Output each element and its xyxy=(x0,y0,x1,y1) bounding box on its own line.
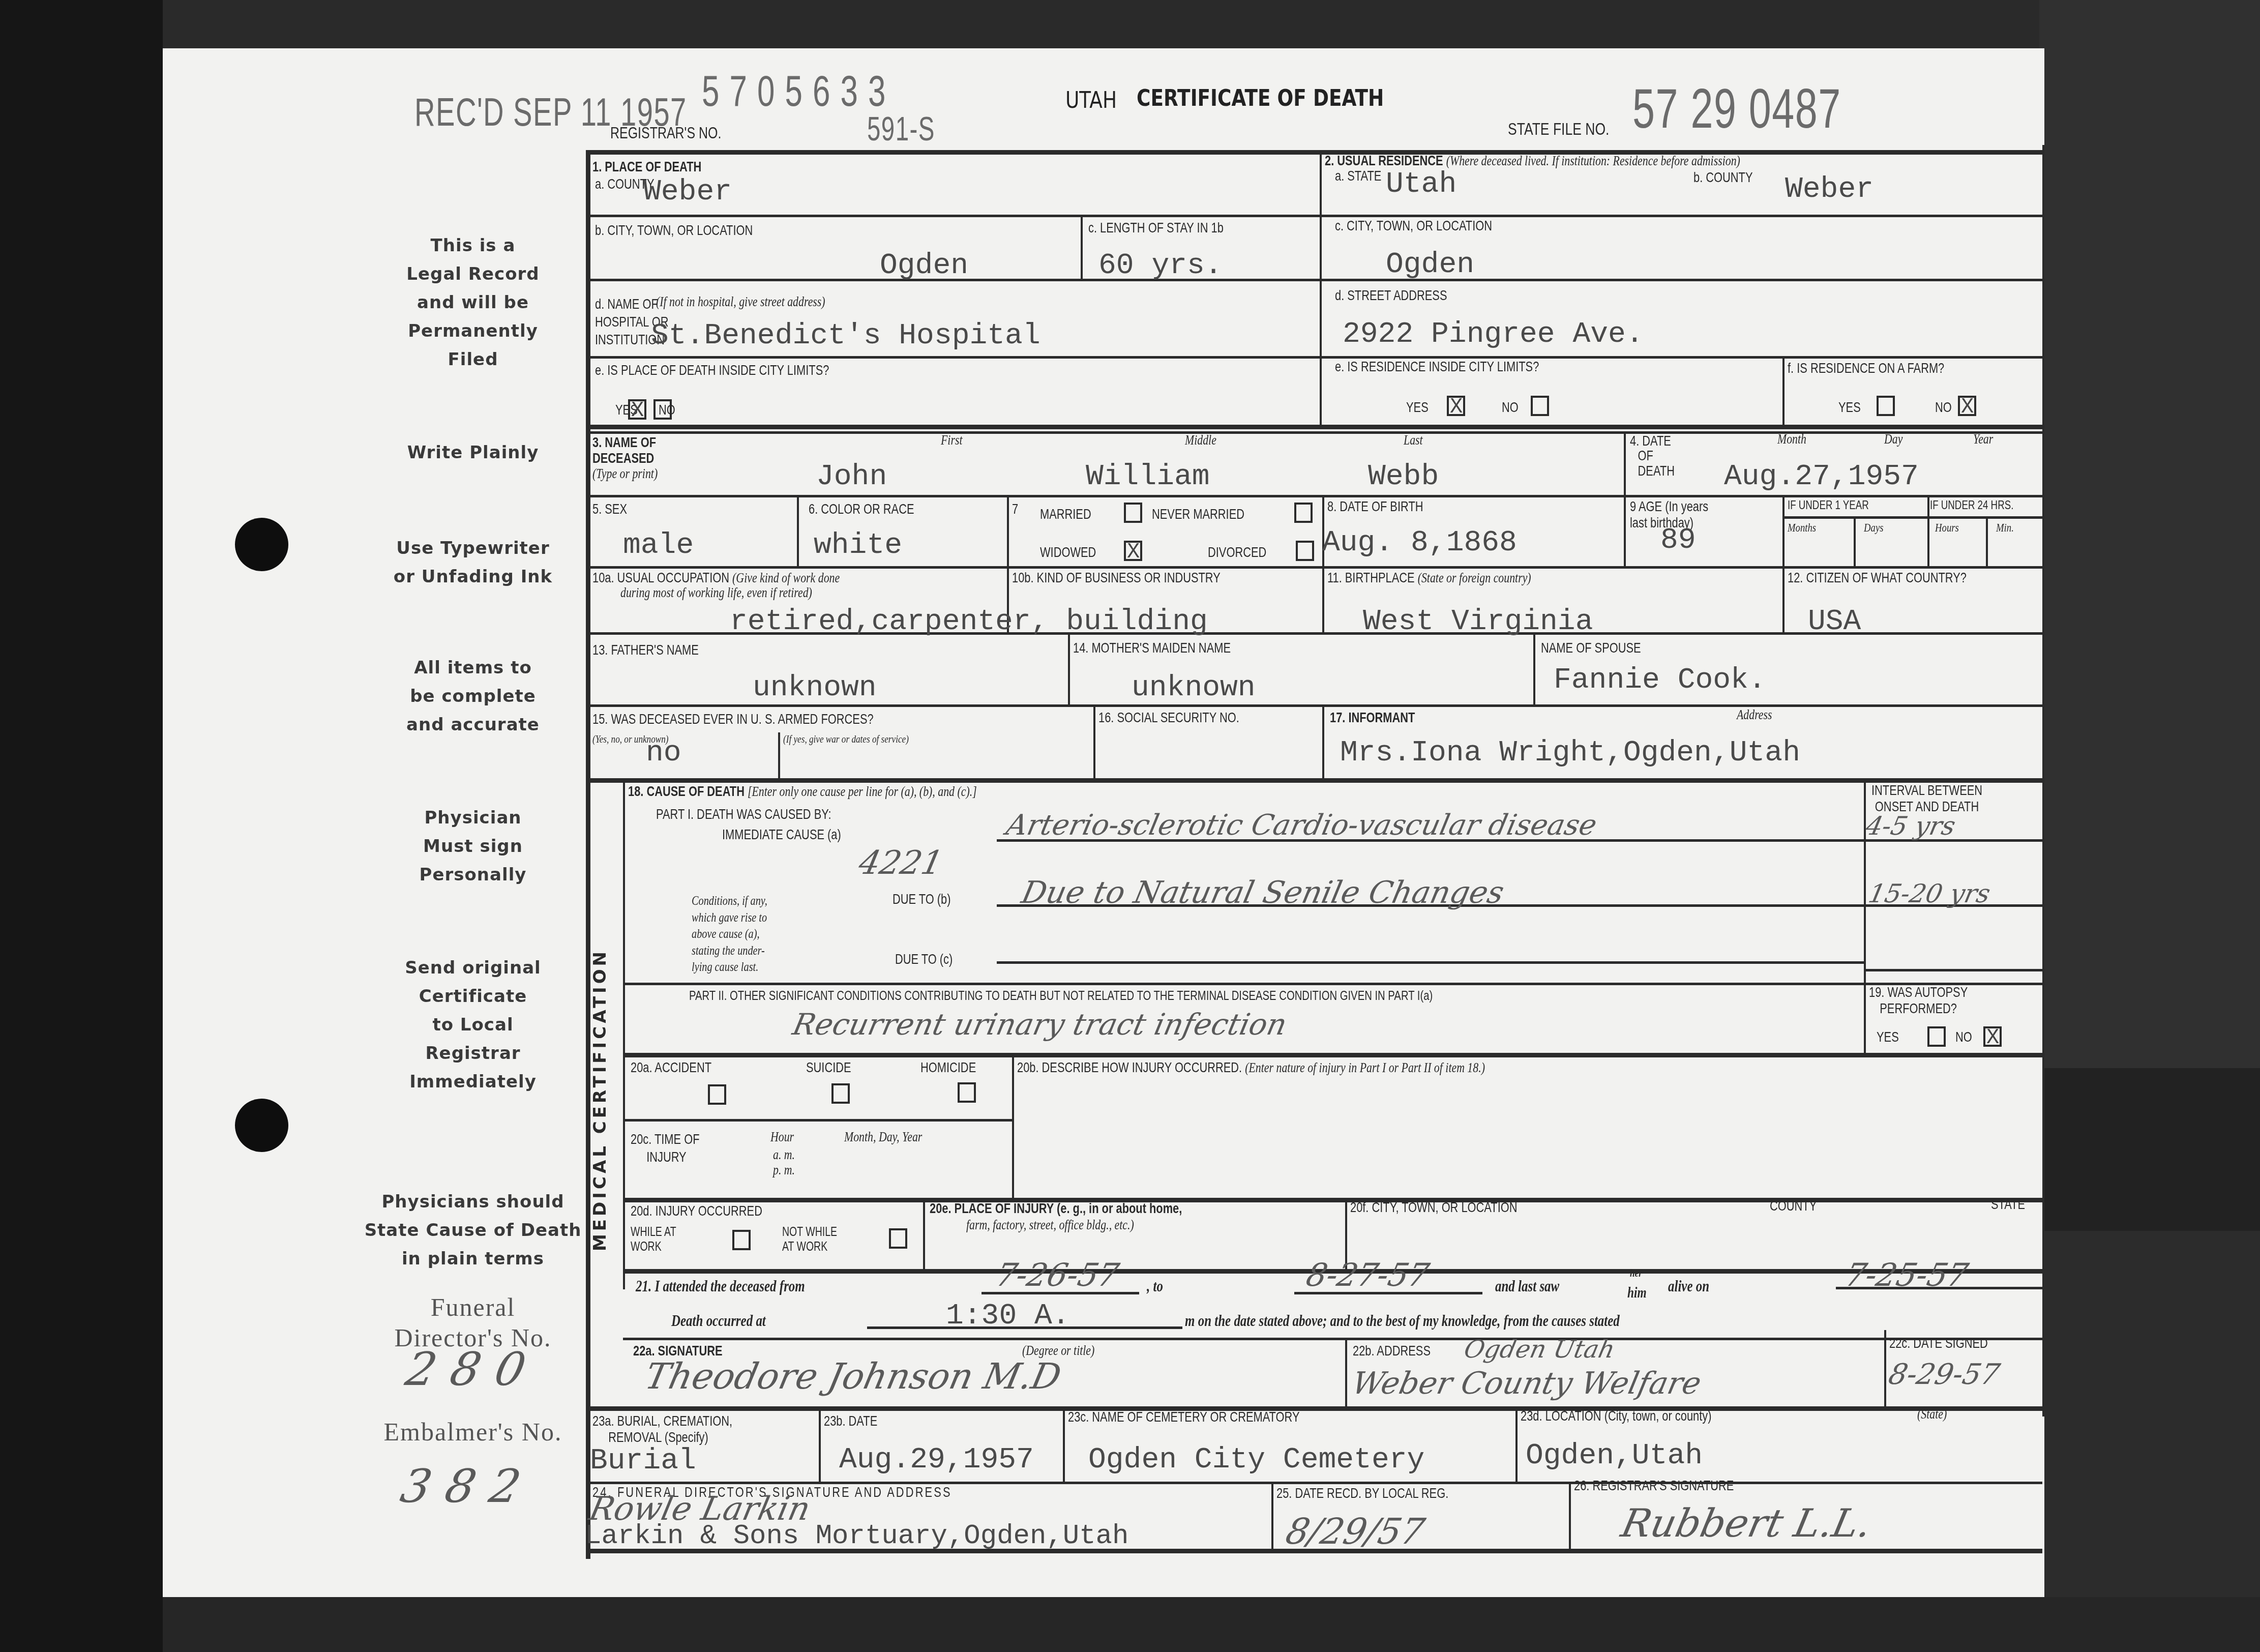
divider xyxy=(1884,1330,1886,1406)
last-name-label: Last xyxy=(1404,432,1423,449)
race-label: 6. COLOR OR RACE xyxy=(809,501,914,517)
hospital-field[interactable]: St.Benedict's Hospital xyxy=(651,319,1040,352)
injury-city-label: 20f. CITY, TOWN, OR LOCATION xyxy=(1350,1199,1517,1216)
physician-address-label: 22b. ADDRESS xyxy=(1353,1343,1431,1359)
first-name-label: First xyxy=(941,432,962,449)
attended-from-field[interactable]: 7-26-57 xyxy=(993,1256,1122,1293)
embalmer-no: 382 xyxy=(396,1460,541,1513)
due-to-c-field[interactable] xyxy=(997,936,1861,960)
divider xyxy=(1063,1406,1065,1482)
last-saw-field[interactable]: 7-25-57 xyxy=(1842,1256,1972,1293)
certificate-title: CERTIFICATE OF DEATH xyxy=(1137,85,1384,111)
divider xyxy=(623,778,625,1289)
residence-inside-city-label: e. IS RESIDENCE INSIDE CITY LIMITS? xyxy=(1335,359,1539,375)
date-signed-label: 22c. DATE SIGNED xyxy=(1889,1335,1988,1351)
first-name-field[interactable]: John xyxy=(816,460,887,493)
residence-inside-city-yes-checkbox[interactable] xyxy=(1447,396,1465,416)
embalmer-no-label: Embalmer's No. xyxy=(356,1417,590,1447)
divider xyxy=(586,1406,2042,1411)
divider xyxy=(586,356,2042,359)
birthplace-field[interactable]: West Virginia xyxy=(1363,605,1593,638)
divider xyxy=(1782,566,1785,632)
residence-county-field[interactable]: Weber xyxy=(1785,173,1874,206)
divider xyxy=(1322,704,1324,778)
divider xyxy=(1271,1482,1273,1553)
scan-background-right xyxy=(2039,0,2260,1068)
death-inside-city-label: e. IS PLACE OF DEATH INSIDE CITY LIMITS? xyxy=(595,362,829,378)
ssn-field[interactable] xyxy=(1098,732,1317,773)
margin-complete: All items tobe completeand accurate xyxy=(366,654,580,739)
divider xyxy=(586,425,2042,429)
injury-state-label: STATE xyxy=(1991,1196,2025,1213)
divider xyxy=(1854,516,1856,566)
divider xyxy=(1624,431,1626,495)
date-signed-field[interactable]: 8-29-57 xyxy=(1886,1358,2003,1391)
city-label: b. CITY, TOWN, OR LOCATION xyxy=(595,222,753,239)
spouse-field[interactable]: Fannie Cook. xyxy=(1554,664,1766,697)
length-of-stay-label: c. LENGTH OF STAY IN 1b xyxy=(1088,220,1224,236)
punch-hole-bottom xyxy=(235,1099,288,1152)
days-label: Days xyxy=(1864,521,1883,536)
injury-description-label: 20b. DESCRIBE HOW INJURY OCCURRED. (Ente… xyxy=(1017,1059,1485,1076)
divider xyxy=(1782,516,2042,519)
never-married-checkbox[interactable] xyxy=(1294,503,1313,523)
death-county-field[interactable]: Weber xyxy=(643,175,732,209)
middle-name-label: Middle xyxy=(1185,432,1216,449)
time-of-injury-label: 20c. TIME OFINJURY xyxy=(631,1130,700,1166)
divider xyxy=(586,279,2042,281)
physician-address-line2[interactable]: Weber County Welfare xyxy=(1349,1366,1705,1401)
funeral-director-address[interactable]: Larkin & Sons Mortuary,Ogden,Utah xyxy=(585,1521,1128,1552)
attended-label: 21. I attended the deceased from xyxy=(636,1277,805,1295)
divider xyxy=(623,983,2042,985)
farm-no-checkbox[interactable] xyxy=(1958,396,1976,416)
margin-legal-record: This is aLegal Recordand will bePermanen… xyxy=(366,231,580,374)
date-of-death-label: 4. DATEOFDEATH xyxy=(1630,433,1675,478)
marital-number: 7 xyxy=(1012,501,1018,517)
scan-background-left xyxy=(0,0,163,1652)
mother-maiden-name-label: 14. MOTHER'S MAIDEN NAME xyxy=(1073,640,1231,656)
margin-physician-sign: PhysicianMust signPersonally xyxy=(366,804,580,889)
burial-date-field[interactable]: Aug.29,1957 xyxy=(839,1443,1034,1477)
death-time-field[interactable]: 1:30 A. xyxy=(946,1300,1070,1333)
accident-label: 20a. ACCIDENT xyxy=(631,1059,711,1076)
while-at-work-checkbox[interactable] xyxy=(732,1230,751,1250)
state-file-no: 57 29 0487 xyxy=(1632,76,1841,141)
occupation-hint: during most of working life, even if ret… xyxy=(620,585,812,601)
medical-certification-side-label: MEDICAL CERTIFICATION xyxy=(590,949,610,1251)
death-city-field[interactable]: Ogden xyxy=(880,249,968,282)
divider xyxy=(1864,778,1866,1053)
punch-hole-top xyxy=(235,518,288,571)
registrar-signature-field[interactable]: Rubbert L.L. xyxy=(1618,1500,1876,1546)
divider xyxy=(586,431,2042,434)
registrars-no: 591-S xyxy=(867,109,935,148)
interval-label: INTERVAL BETWEENONSET AND DEATH xyxy=(1871,782,1982,815)
no-label: NO xyxy=(1502,399,1519,416)
her-label: her xyxy=(1630,1266,1642,1279)
min-label: Min. xyxy=(1996,521,2014,536)
yes-label: YES xyxy=(1406,399,1429,416)
ssn-label: 16. SOCIAL SECURITY NO. xyxy=(1098,710,1239,726)
length-of-stay-field[interactable]: 60 yrs. xyxy=(1098,249,1223,282)
married-label: MARRIED xyxy=(1040,506,1091,522)
occupation-field[interactable]: retired,carpenter, building xyxy=(730,605,1208,638)
to-label: , to xyxy=(1147,1277,1163,1295)
cemetery-field[interactable]: Ogden City Cemetery xyxy=(1088,1443,1424,1477)
title-state: UTAH xyxy=(1065,87,1117,113)
yes-label: YES xyxy=(1877,1029,1899,1045)
armed-forces-field[interactable]: no xyxy=(646,736,681,770)
date-of-birth-field[interactable]: Aug. 8,1868 xyxy=(1322,526,1517,559)
business-label: 10b. KIND OF BUSINESS OR INDUSTRY xyxy=(1012,570,1221,586)
divider xyxy=(623,1198,2042,1202)
attended-to-field[interactable]: 8-27-57 xyxy=(1303,1256,1433,1293)
place-of-injury-label: 20e. PLACE OF INJURY (e. g., in or about… xyxy=(930,1200,1182,1217)
no-label: NO xyxy=(1955,1029,1972,1045)
divider xyxy=(586,704,2042,707)
divider xyxy=(1569,1482,1571,1553)
death-occurred-suffix: m on the date stated above; and to the b… xyxy=(1185,1311,1620,1330)
citizen-label: 12. CITIZEN OF WHAT COUNTRY? xyxy=(1788,570,1967,586)
middle-name-field[interactable]: William xyxy=(1086,460,1210,493)
divider xyxy=(1322,566,1324,632)
divorced-label: DIVORCED xyxy=(1208,544,1266,560)
divider xyxy=(1320,150,1322,425)
month-day-year-label: Month, Day, Year xyxy=(844,1129,922,1145)
farm-label: f. IS RESIDENCE ON A FARM? xyxy=(1788,360,1944,376)
birthplace-label: 11. BIRTHPLACE (State or foreign country… xyxy=(1327,570,1531,586)
due-to-c-label: DUE TO (c) xyxy=(895,951,953,967)
part2-field[interactable]: Recurrent urinary tract infection xyxy=(790,1007,1290,1042)
divider xyxy=(1782,495,1785,566)
suicide-checkbox[interactable] xyxy=(831,1083,850,1104)
registrars-no-label: REGISTRAR'S NO. xyxy=(610,124,721,142)
disposition-field[interactable]: Burial xyxy=(590,1444,696,1478)
injury-occurred-label: 20d. INJURY OCCURRED xyxy=(631,1203,762,1219)
day-label: Day xyxy=(1884,431,1902,448)
divider xyxy=(586,778,2042,783)
scan-background-right-lower xyxy=(2039,1231,2260,1652)
armed-forces-hint-2: (If yes, give war or dates of service) xyxy=(783,732,909,745)
while-at-work-label: WHILE ATWORK xyxy=(631,1225,676,1254)
not-while-at-work-label: NOT WHILEAT WORK xyxy=(782,1225,837,1254)
divorced-checkbox[interactable] xyxy=(1296,541,1314,561)
divider xyxy=(1345,1338,1347,1406)
autopsy-label: 19. WAS AUTOPSYPERFORMED? xyxy=(1869,984,1968,1017)
place-of-injury-hint: farm, factory, street, office bldg., etc… xyxy=(966,1217,1134,1233)
death-occurred-label: Death occurred at xyxy=(671,1311,766,1330)
due-to-b-field[interactable]: Due to Natural Senile Changes xyxy=(1019,875,1507,910)
sex-label: 5. SEX xyxy=(592,501,627,517)
burial-state-label: (State) xyxy=(1917,1406,1947,1423)
margin-send-original: Send originalCertificateto LocalRegistra… xyxy=(366,954,580,1096)
divider xyxy=(1081,215,1083,279)
divider xyxy=(819,1406,821,1482)
not-while-at-work-checkbox[interactable] xyxy=(889,1228,907,1249)
divider xyxy=(1093,704,1095,778)
date-of-death-field[interactable]: Aug.27,1957 xyxy=(1724,460,1919,493)
deceased-name-label: 3. NAME OFDECEASED(Type or print) xyxy=(592,435,658,482)
margin-typewriter: Use Typewriteror Unfading Ink xyxy=(366,534,580,591)
divider xyxy=(923,1198,925,1269)
residence-state-label: a. STATE xyxy=(1335,168,1381,184)
divider xyxy=(1533,632,1535,704)
cause-code: 4221 xyxy=(855,844,946,882)
under-24-hrs-label: IF UNDER 24 HRS. xyxy=(1930,498,2013,513)
month-label: Month xyxy=(1777,431,1806,448)
cause-of-death-label: 18. CAUSE OF DEATH [Enter only one cause… xyxy=(628,783,977,800)
underline xyxy=(997,961,1864,964)
divider xyxy=(623,1119,1012,1122)
mother-maiden-name-field[interactable]: unknown xyxy=(1132,671,1256,704)
death-inside-city-yes-checkbox[interactable] xyxy=(628,399,646,420)
usual-residence-label: 2. USUAL RESIDENCE (Where deceased lived… xyxy=(1325,153,1740,169)
informant-field[interactable]: Mrs.Iona Wright,Ogden,Utah xyxy=(1340,736,1800,770)
race-field[interactable]: white xyxy=(814,529,902,562)
divider xyxy=(797,495,799,566)
age-field[interactable]: 89 xyxy=(1660,524,1696,557)
street-address-field[interactable]: 2922 Pingree Ave. xyxy=(1343,318,1644,351)
divider xyxy=(1864,969,2042,971)
immediate-cause-label: IMMEDIATE CAUSE (a) xyxy=(722,827,841,843)
hospital-hint: (If not in hospital, give street address… xyxy=(656,294,825,310)
divider xyxy=(1007,495,1009,566)
divider xyxy=(586,566,2042,569)
never-married-label: NEVER MARRIED xyxy=(1152,506,1244,522)
citizen-field[interactable]: USA xyxy=(1808,605,1861,638)
divider xyxy=(623,1053,2042,1057)
residence-county-label: b. COUNTY xyxy=(1693,169,1753,186)
last-saw-label: and last saw xyxy=(1495,1277,1559,1295)
spouse-label: NAME OF SPOUSE xyxy=(1541,640,1641,656)
divider xyxy=(1986,516,1988,566)
married-checkbox[interactable] xyxy=(1124,503,1142,523)
last-name-field[interactable]: Webb xyxy=(1368,460,1439,493)
widowed-checkbox[interactable] xyxy=(1124,541,1142,561)
widowed-label: WIDOWED xyxy=(1040,544,1096,560)
year-label: Year xyxy=(1973,431,1993,448)
immediate-interval-field[interactable]: 4-5 yrs xyxy=(1863,811,1958,841)
homicide-checkbox[interactable] xyxy=(958,1082,976,1103)
residence-city-field[interactable]: Ogden xyxy=(1386,248,1474,281)
divider xyxy=(1515,1406,1518,1482)
no-label: NO xyxy=(1935,399,1952,416)
injury-county-label: COUNTY xyxy=(1770,1198,1817,1214)
sex-field[interactable]: male xyxy=(623,529,694,562)
burial-date-label: 23b. DATE xyxy=(824,1413,877,1429)
divider xyxy=(778,732,780,778)
pm-label: p. m. xyxy=(773,1162,795,1178)
residence-inside-city-no-checkbox[interactable] xyxy=(1531,396,1549,416)
death-inside-city-no-checkbox[interactable] xyxy=(653,399,672,420)
suicide-label: SUICIDE xyxy=(806,1059,851,1076)
scan-background-band xyxy=(2039,1068,2260,1231)
occupation-label: 10a. USUAL OCCUPATION (Give kind of work… xyxy=(592,570,840,586)
state-file-no-label: STATE FILE NO. xyxy=(1508,120,1609,139)
form-top-border xyxy=(586,150,2044,155)
street-address-label: d. STREET ADDRESS xyxy=(1335,287,1447,304)
part1-label: PART I. DEATH WAS CAUSED BY: xyxy=(656,806,831,822)
date-of-birth-label: 8. DATE OF BIRTH xyxy=(1327,498,1423,515)
divider xyxy=(1927,495,1929,566)
date-recd-field[interactable]: 8/29/57 xyxy=(1282,1511,1428,1552)
informant-label: 17. INFORMANT xyxy=(1330,710,1415,726)
informant-address-label: Address xyxy=(1737,707,1772,723)
homicide-label: HOMICIDE xyxy=(920,1059,976,1076)
months-label: Months xyxy=(1788,521,1816,536)
armed-forces-label: 15. WAS DECEASED EVER IN U. S. ARMED FOR… xyxy=(592,711,874,727)
injury-description-field[interactable] xyxy=(1017,1081,2039,1195)
divider xyxy=(1782,356,1785,425)
farm-yes-checkbox[interactable] xyxy=(1877,396,1895,416)
hours-label: Hours xyxy=(1935,521,1959,536)
autopsy-yes-checkbox[interactable] xyxy=(1927,1026,1946,1047)
divider xyxy=(586,495,2042,497)
divider xyxy=(586,215,2042,217)
form-left-border xyxy=(586,150,590,1559)
father-name-field[interactable]: unknown xyxy=(753,671,877,704)
place-of-death-label: 1. PLACE OF DEATH xyxy=(592,159,701,175)
physician-address-line1[interactable]: Ogden Utah xyxy=(1462,1335,1618,1364)
margin-write-plainly: Write Plainly xyxy=(366,438,580,467)
divider xyxy=(1624,495,1626,566)
due-to-b-label: DUE TO (b) xyxy=(893,891,950,907)
physician-signature-field[interactable]: Theodore Johnson M.D xyxy=(641,1355,1065,1397)
scan-background-bottom xyxy=(163,1597,2260,1652)
form-right-border xyxy=(2042,145,2044,1417)
accident-checkbox[interactable] xyxy=(708,1084,726,1105)
divider xyxy=(1068,632,1070,704)
divider xyxy=(1012,1053,1014,1198)
burial-location-label: 23d. LOCATION (City, town, or county) xyxy=(1521,1408,1711,1424)
divider xyxy=(623,1338,2042,1340)
residence-state-field[interactable]: Utah xyxy=(1386,168,1456,201)
him-label: him xyxy=(1627,1284,1647,1302)
father-name-label: 13. FATHER'S NAME xyxy=(592,642,699,658)
cemetery-label: 23c. NAME OF CEMETERY OR CREMATORY xyxy=(1068,1409,1299,1425)
burial-location-field[interactable]: Ogden,Utah xyxy=(1526,1439,1703,1472)
immediate-cause-field[interactable]: Arterio-sclerotic Cardio-vascular diseas… xyxy=(1003,809,1600,842)
registrar-signature-label: 26. REGISTRAR'S SIGNATURE xyxy=(1574,1478,1734,1494)
hour-label: Hour xyxy=(770,1129,794,1145)
date-recd-label: 25. DATE RECD. BY LOCAL REG. xyxy=(1276,1485,1448,1501)
residence-city-label: c. CITY, TOWN, OR LOCATION xyxy=(1335,218,1492,234)
funeral-director-no: 280 xyxy=(401,1343,546,1396)
am-label: a. m. xyxy=(773,1147,795,1163)
conditions-label: Conditions, if any,which gave rise toabo… xyxy=(692,893,767,976)
under-1-year-label: IF UNDER 1 YEAR xyxy=(1788,498,1869,513)
due-to-b-interval-field[interactable]: 15-20 yrs xyxy=(1866,879,1993,908)
alive-on-label: alive on xyxy=(1668,1277,1709,1295)
margin-plain-terms: Physicians shouldState Cause of Deathin … xyxy=(356,1188,590,1273)
stamp-number: 5 7 0 5 6 3 3 xyxy=(702,66,886,116)
part2-label: PART II. OTHER SIGNIFICANT CONDITIONS CO… xyxy=(689,988,1433,1004)
disposition-label: 23a. BURIAL, CREMATION,REMOVAL (Specify) xyxy=(592,1413,732,1445)
yes-label: YES xyxy=(1838,399,1861,416)
autopsy-no-checkbox[interactable] xyxy=(1983,1026,2002,1047)
